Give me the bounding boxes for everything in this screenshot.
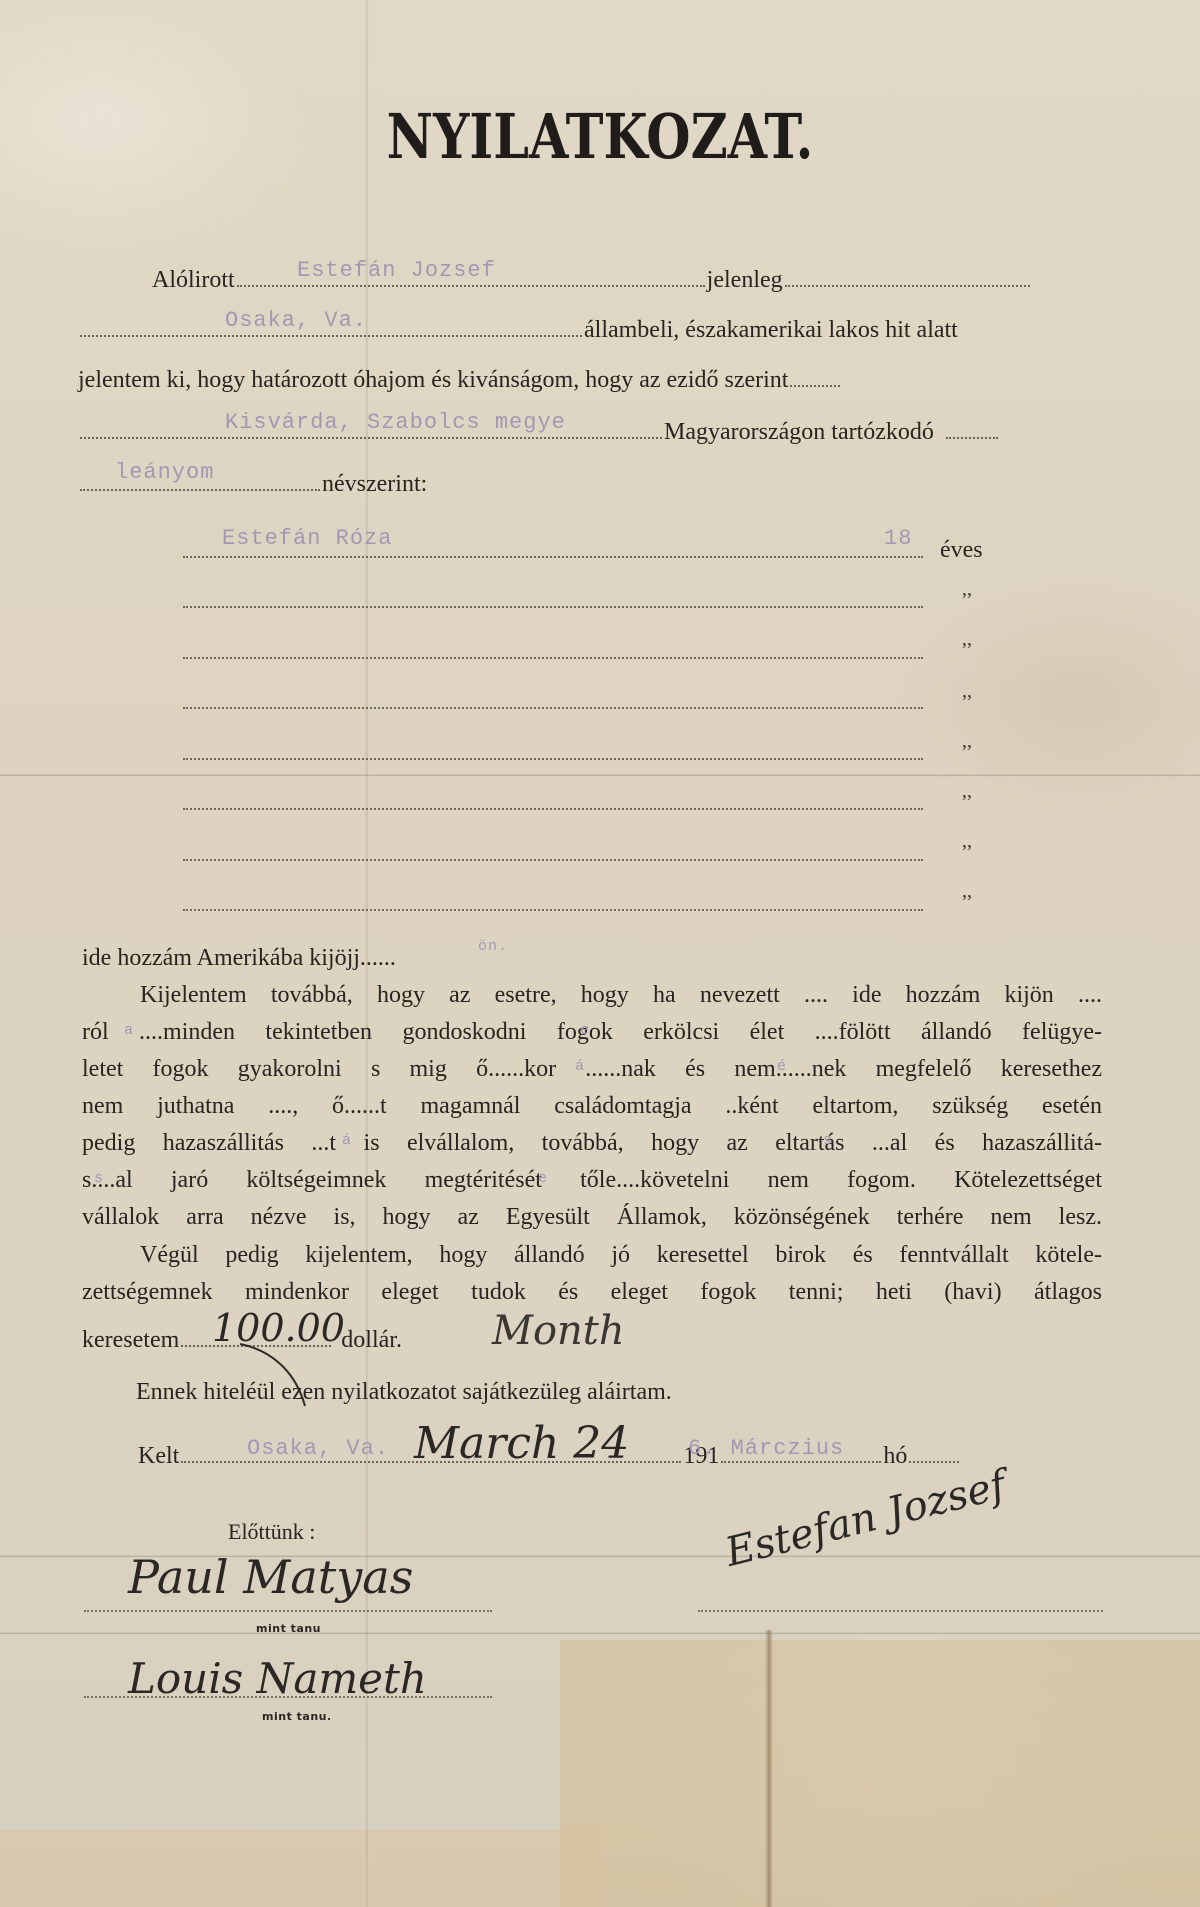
paragraph-obligations: Kijelentem továbbá, hogy az esetre, hogy… — [82, 980, 1102, 1239]
typed-residence: Osaka, Va. — [225, 308, 367, 333]
paragraph-line: Végül pedig kijelentem, hogy állandó jó … — [82, 1240, 1102, 1270]
typed-fillin: e — [538, 1170, 548, 1187]
witness2-signature-line — [84, 1694, 492, 1698]
paragraph-line: s....al jaró költségeimnek megtéritését … — [82, 1165, 1102, 1195]
header-line-2: állambeli, északamerikai lakos hit alatt — [78, 316, 958, 344]
ditto-mark: ,, — [962, 680, 972, 703]
person-row-line — [183, 554, 923, 558]
document-title: NYILATKOZAT. — [108, 100, 1092, 173]
paragraph-line: pedig hazaszállitás ...t is elvállalom, … — [82, 1128, 1102, 1158]
declaration-text: jelentem ki, hogy határozott óhajom és k… — [78, 367, 788, 393]
label-alolirott: Alólirott — [152, 267, 235, 293]
label-elottunk: Előttünk : — [228, 1518, 315, 1546]
handwritten-period: Month — [492, 1308, 625, 1354]
label-nevszerint: névszerint: — [322, 471, 427, 497]
fold-crease-horizontal-3 — [0, 1632, 1200, 1635]
typed-fillin: á — [575, 1058, 585, 1075]
paragraph-line: letet fogok gyakorolni s mig ő......kor … — [82, 1054, 1102, 1084]
typed-dated-place: Osaka, Va. — [247, 1436, 389, 1461]
ditto-mark: ,, — [962, 830, 972, 853]
ditto-mark: ,, — [962, 628, 972, 651]
typed-fillin: a — [124, 1022, 134, 1039]
water-stain-bottom — [0, 1830, 600, 1907]
paragraph-line: Kijelentem továbbá, hogy az esetre, hogy… — [82, 980, 1102, 1010]
witness2-caption: mint tanu. — [262, 1710, 332, 1723]
declarant-signature-line — [698, 1608, 1103, 1612]
label-kelt: Kelt — [138, 1443, 179, 1469]
typed-fillin: s — [823, 1132, 833, 1149]
water-stain — [560, 1640, 1200, 1907]
typed-fillin: s — [94, 1170, 104, 1187]
typed-fillin-on: ön. — [478, 938, 508, 955]
paragraph-line: nem juthatna ...., ő......t magamnál csa… — [82, 1091, 1102, 1121]
typed-year-month: 6. Márczius — [688, 1436, 844, 1461]
typed-fillin: e — [580, 1022, 590, 1039]
witness1-signature: Paul Matyas — [128, 1550, 413, 1604]
paragraph-line: zettségemnek mindenkor eleget tudok és e… — [82, 1277, 1102, 1307]
header-line-1: Alólirottjelenleg — [152, 266, 1032, 294]
attestation-text: Ennek hiteléül ezen nyilatkozatot sajátk… — [136, 1378, 672, 1406]
typed-relation: leányom — [115, 460, 214, 485]
paragraph-line: ról ....minden tekintetben gondoskodni f… — [82, 1017, 1102, 1047]
ditto-mark: ,, — [962, 780, 972, 803]
typed-person-name: Estefán Róza — [222, 526, 392, 551]
witness1-signature-line — [84, 1608, 492, 1612]
field-dots — [785, 279, 1030, 287]
label-eves: éves — [940, 536, 983, 564]
typed-person-age: 18 — [884, 526, 912, 551]
person-row-line — [183, 857, 923, 861]
paragraph-income: Végül pedig kijelentem, hogy állandó jó … — [82, 1240, 1102, 1314]
paragraph-line: vállalok arra nézve is, hogy az Egyesült… — [82, 1202, 1102, 1232]
label-keresetem: keresetem — [82, 1327, 179, 1353]
label-magyarorszagon: Magyarországon tartózkodó — [664, 419, 934, 445]
ditto-mark: ,, — [962, 880, 972, 903]
typed-fillin: é — [777, 1058, 787, 1075]
header-line-3: jelentem ki, hogy határozott óhajom és k… — [78, 366, 842, 394]
person-row-line — [183, 756, 923, 760]
fold-crease-horizontal — [0, 774, 1200, 777]
person-row-line — [183, 655, 923, 659]
label-jelenleg: jelenleg — [707, 267, 783, 293]
body-line-kijojj: ide hozzám Amerikába kijöjj...... — [82, 944, 396, 972]
field-dots — [909, 1455, 959, 1463]
label-dollar: dollár. — [341, 1327, 402, 1353]
typed-hungarian-location: Kisvárda, Szabolcs megye — [225, 410, 566, 435]
person-row-line — [183, 705, 923, 709]
ditto-mark: ,, — [962, 578, 972, 601]
person-row-line — [183, 604, 923, 608]
fold-crease-vertical-dark — [765, 1630, 773, 1907]
typed-fillin: á — [342, 1132, 352, 1149]
person-row-line — [183, 907, 923, 911]
person-row-line — [183, 806, 923, 810]
ditto-mark: ,, — [962, 730, 972, 753]
handwritten-date: March 24 — [414, 1418, 629, 1469]
label-ho: hó — [883, 1443, 907, 1469]
field-dots — [946, 431, 998, 439]
typed-declarant-name: Estefán Jozsef — [297, 258, 496, 283]
label-allambeli: állambeli, északamerikai lakos hit alatt — [584, 317, 958, 343]
witness1-caption: mint tanu — [256, 1622, 321, 1635]
field-dots — [790, 379, 840, 387]
